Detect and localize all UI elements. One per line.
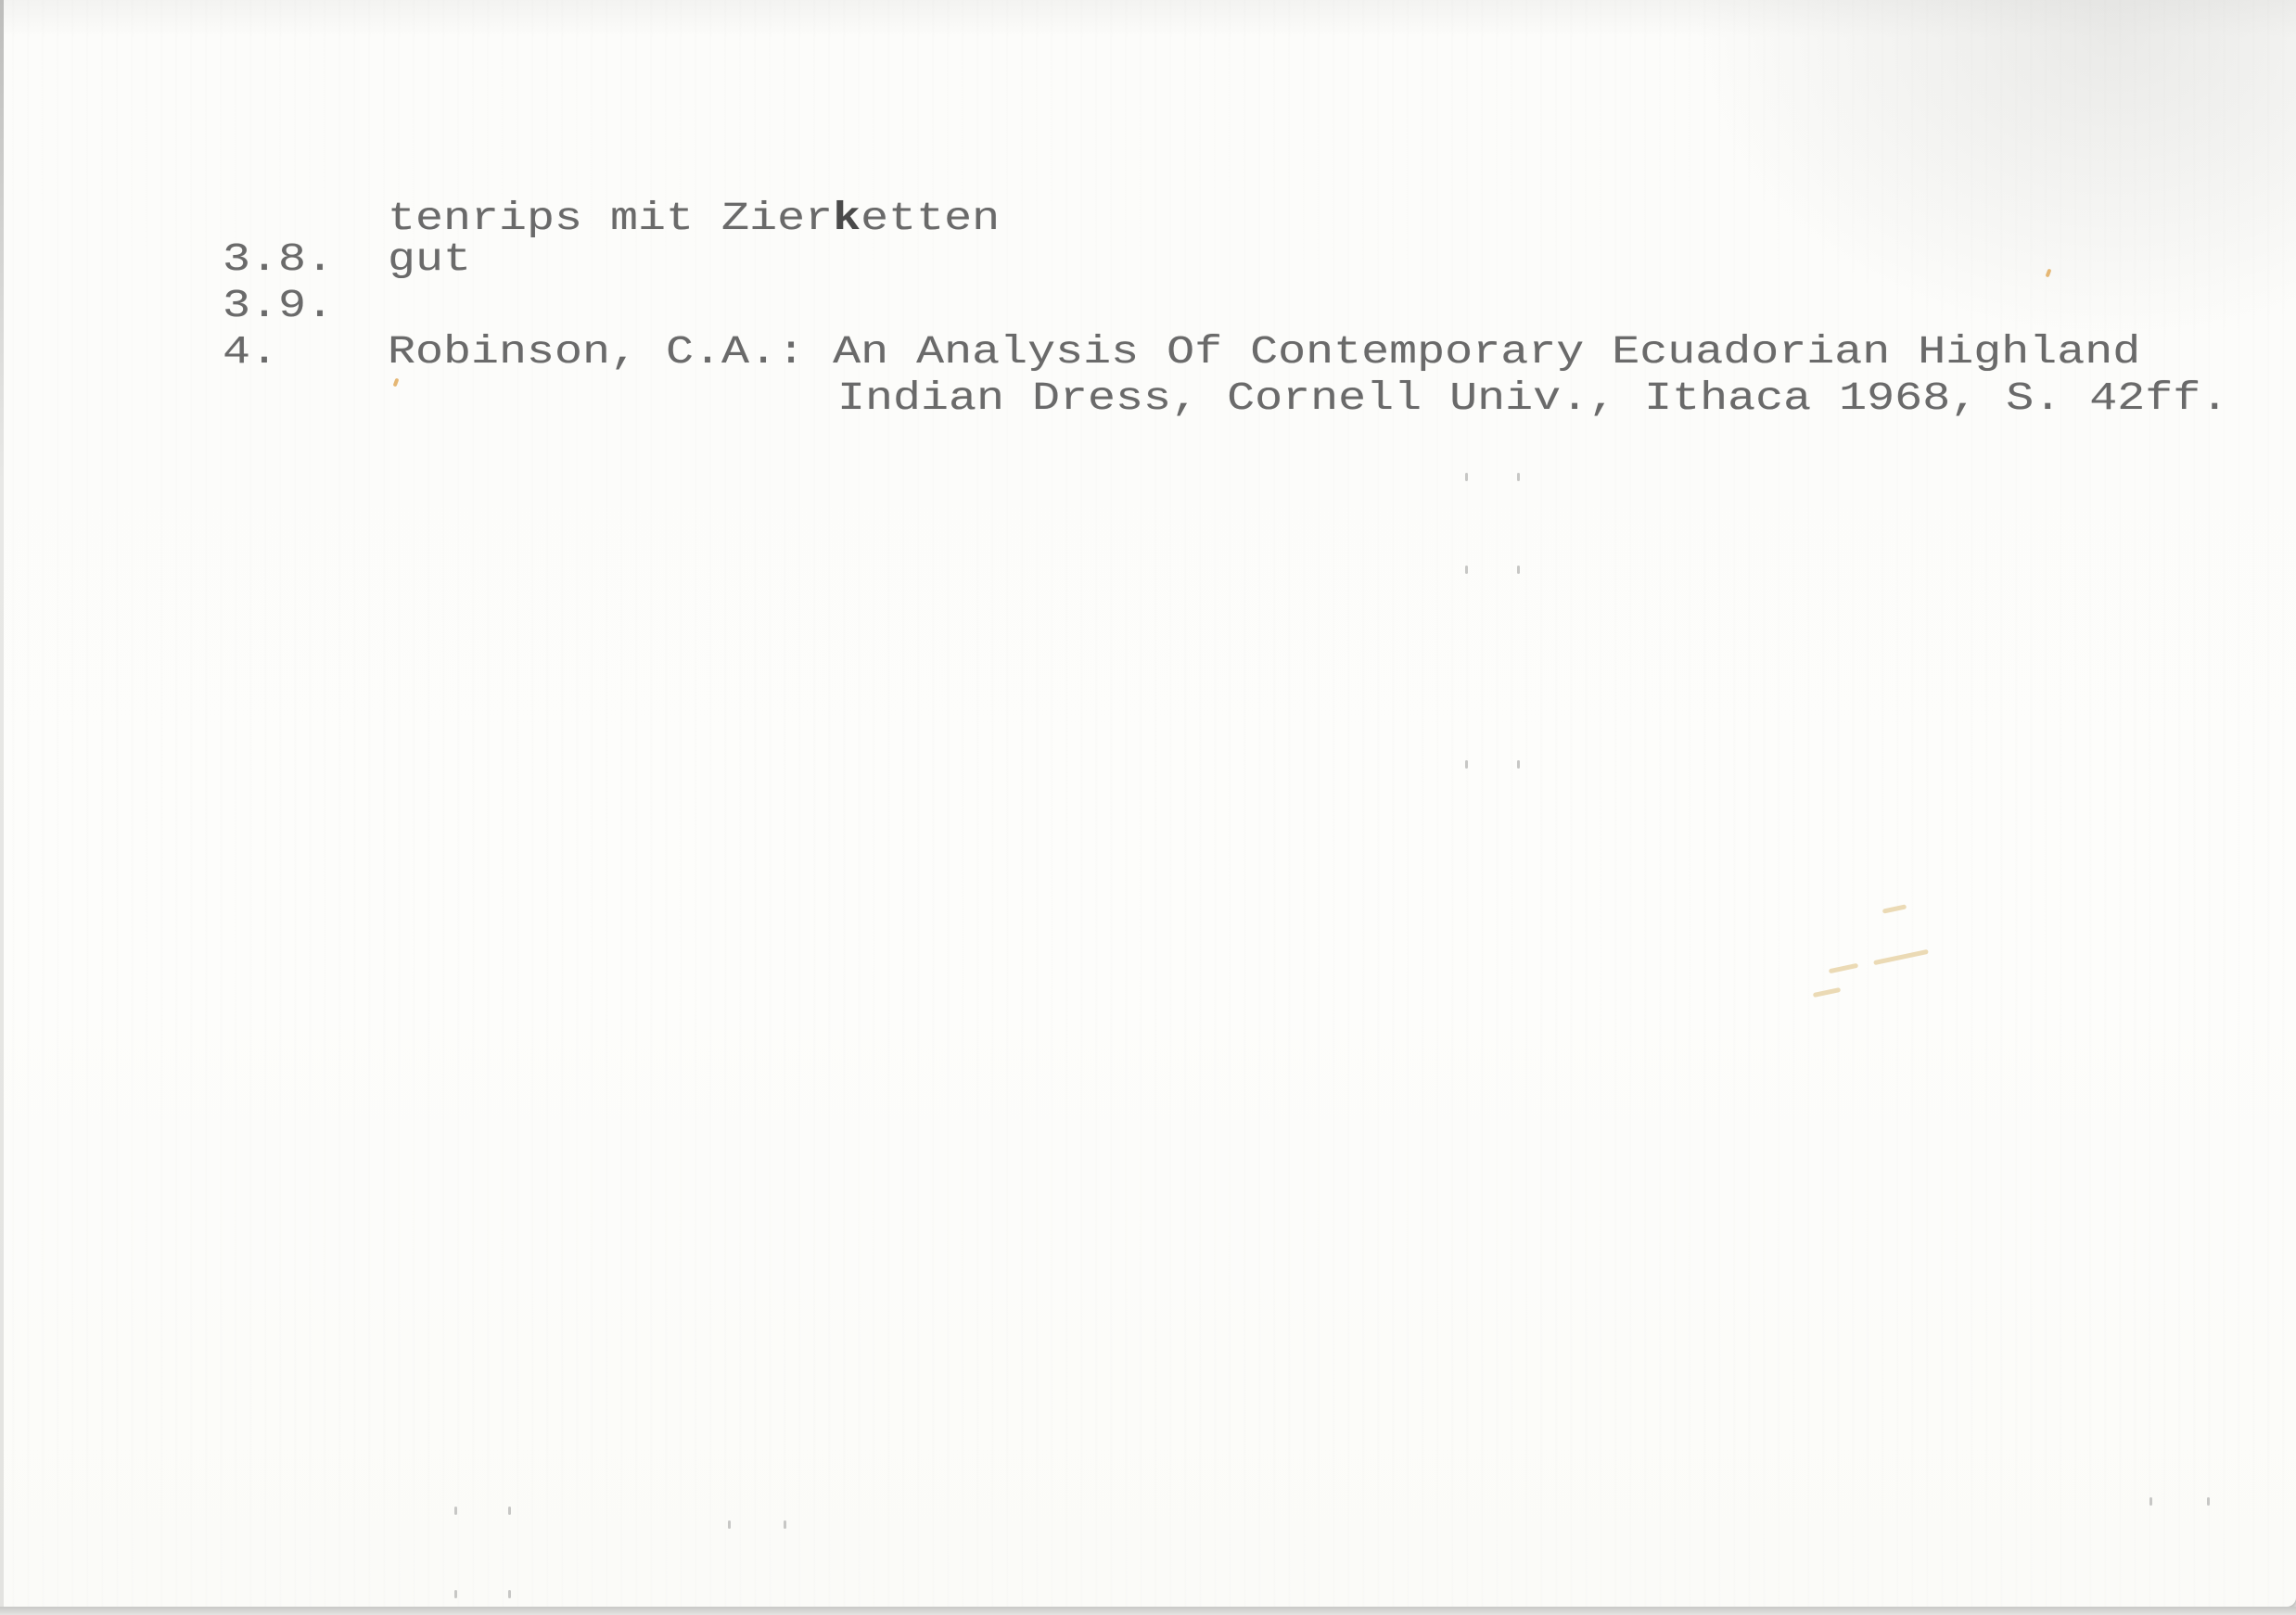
perforation-mark [454,1507,457,1515]
card-left-edge [0,0,4,1607]
perforation-mark [784,1520,786,1529]
paper-stain [1873,949,1929,965]
typed-text-part: tenrips mit Zier [388,197,833,242]
citation-line-2: Indian Dress, Cornell Univ., Ithaca 1968… [837,379,2228,419]
citation-line-1: Robinson, C.A.: An Analysis Of Contempor… [388,333,2140,373]
overstruck-letter: k [833,197,861,242]
perforation-mark [454,1590,457,1598]
perforation-mark [508,1507,511,1515]
item-number-3-9: 3.9. [223,286,334,326]
perforation-mark [2207,1497,2210,1506]
typed-text-part: etten [861,197,1000,242]
paper-speck [393,378,400,388]
paper-stain [1813,987,1841,998]
scan-background-edge [0,1607,2296,1615]
perforation-mark [2149,1497,2152,1506]
item-number-4: 4. [223,333,278,373]
paper-speck [2046,269,2052,278]
paper-stain [1882,904,1907,913]
perforation-mark [1465,473,1468,481]
paper-stain [1829,963,1858,974]
perforation-mark [1517,473,1520,481]
perforation-mark [1465,760,1468,769]
perforation-mark [728,1520,731,1529]
perforation-mark [508,1590,511,1598]
perforation-mark [1517,760,1520,769]
perforation-mark [1465,566,1468,574]
item-text-3-8: gut [388,240,471,280]
typed-line-continuation: tenrips mit Zierketten [388,199,1000,239]
index-card: tenrips mit Zierketten 3.8. gut 3.9. 4. … [0,0,2296,1607]
perforation-mark [1517,566,1520,574]
item-number-3-8: 3.8. [223,240,334,280]
